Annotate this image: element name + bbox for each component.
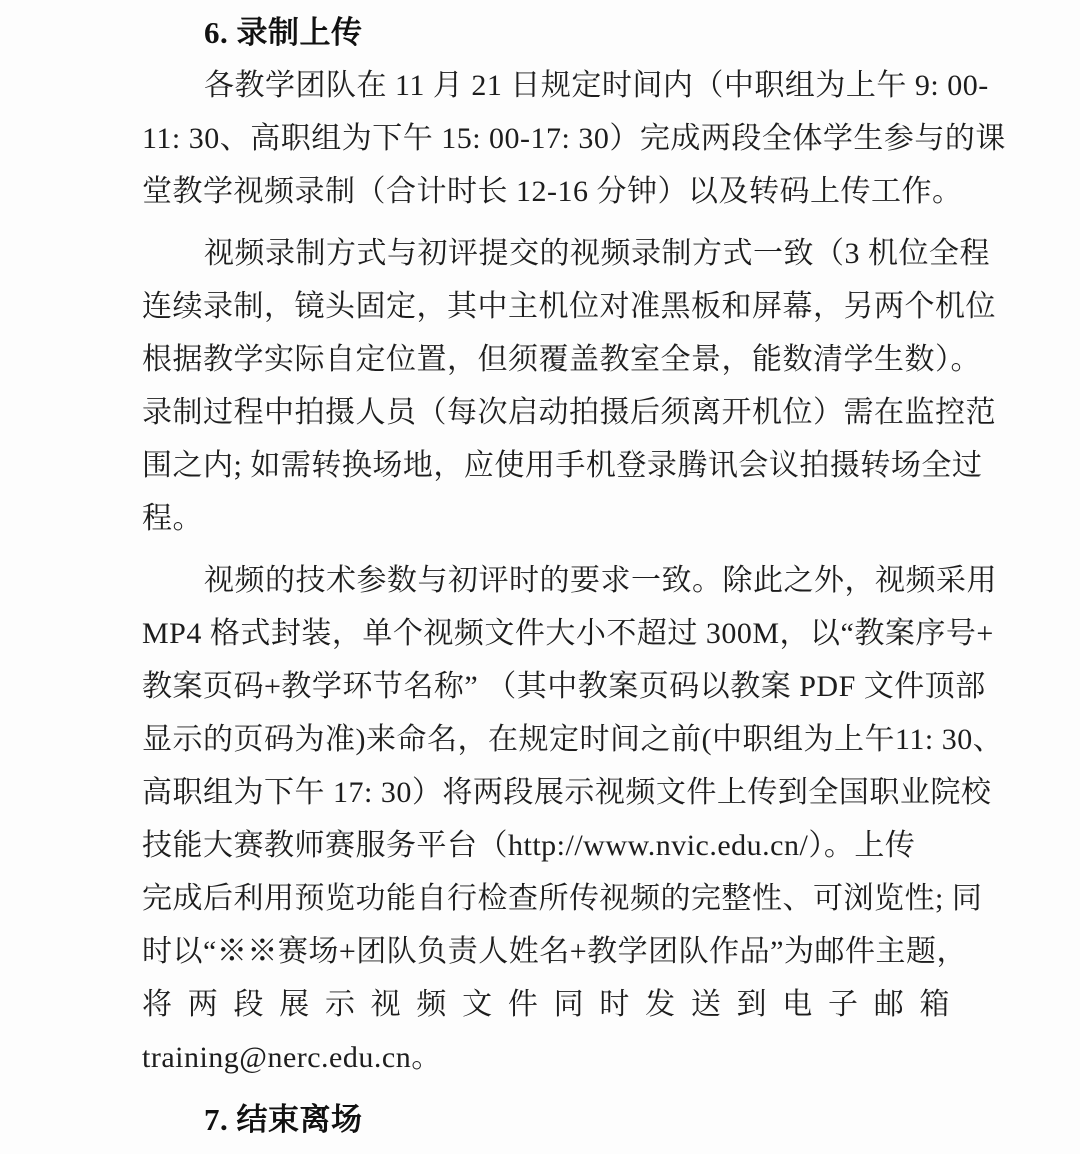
text-line: 围之内; 如需转换场地，应使用手机登录腾讯会议拍摄转场全过 <box>142 439 950 492</box>
text-line: 连续录制，镜头固定，其中主机位对准黑板和屏幕，另两个机位 <box>142 280 950 333</box>
text-line: MP4 格式封装，单个视频文件大小不超过 300M，以“教案序号+ <box>142 607 950 660</box>
text-line: 录制过程中拍摄人员（每次启动拍摄后须离开机位）需在监控范 <box>142 386 950 439</box>
text-line-justified: 将两段展示视频文件同时发送到电子邮箱 <box>142 978 950 1031</box>
text-line: 各教学团队在 11 月 21 日规定时间内（中职组为上午 9: 00- <box>142 59 950 112</box>
text-line: 高职组为下午 17: 30）将两段展示视频文件上传到全国职业院校 <box>142 766 950 819</box>
document-page: 6. 录制上传 各教学团队在 11 月 21 日规定时间内（中职组为上午 9: … <box>0 0 1080 1154</box>
text-line: 视频录制方式与初评提交的视频录制方式一致（3 机位全程 <box>142 227 950 280</box>
text-line: 显示的页码为准)来命名，在规定时间之前(中职组为上午11: 30、 <box>142 713 950 766</box>
section-6-heading: 6. 录制上传 <box>142 6 950 59</box>
text-line: 时以“※※赛场+团队负责人姓名+教学团队作品”为邮件主题， <box>142 925 950 978</box>
section-7-heading: 7. 结束离场 <box>142 1093 950 1146</box>
text-line: 程。 <box>142 492 950 545</box>
text-line: 视频的技术参数与初评时的要求一致。除此之外，视频采用 <box>142 554 950 607</box>
text-line: 堂教学视频录制（合计时长 12-16 分钟）以及转码上传工作。 <box>142 165 950 218</box>
text-line-email: training@nerc.edu.cn。 <box>142 1031 950 1084</box>
document-text-block: 6. 录制上传 各教学团队在 11 月 21 日规定时间内（中职组为上午 9: … <box>142 6 950 1146</box>
text-line: 教案页码+教学环节名称” （其中教案页码以教案 PDF 文件顶部 <box>142 660 950 713</box>
text-line: 完成后利用预览功能自行检查所传视频的完整性、可浏览性; 同 <box>142 872 950 925</box>
text-line: 根据教学实际自定位置，但须覆盖教室全景，能数清学生数）。 <box>142 333 950 386</box>
text-line: 11: 30、高职组为下午 15: 00-17: 30）完成两段全体学生参与的课 <box>142 112 950 165</box>
text-line-with-url: 技能大赛教师赛服务平台（http://www.nvic.edu.cn/）。上传 <box>142 819 950 872</box>
